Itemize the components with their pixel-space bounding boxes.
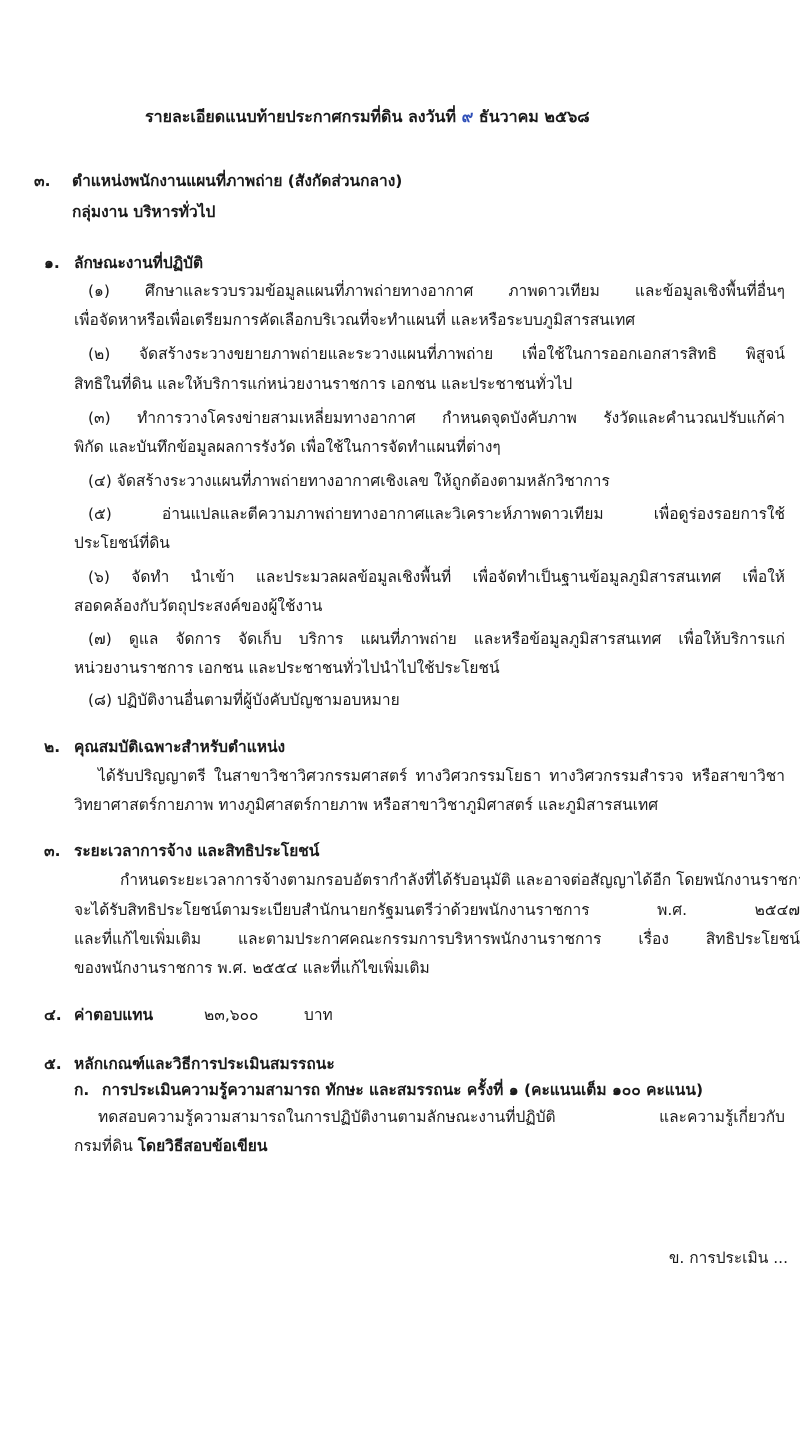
section3-number: ๓.	[44, 840, 74, 862]
section1-title: ลักษณะงานที่ปฏิบัติ	[74, 254, 203, 272]
section1-number: ๑.	[44, 252, 74, 274]
title-month-year: ธันวาคม ๒๕๖๘	[479, 107, 590, 126]
compensation-unit: บาท	[304, 1006, 333, 1024]
s1-line: เพื่อจัดหาหรือเพื่อเตรียมการคัดเลือกบริเ…	[74, 309, 635, 331]
s1-line: (๒) จัดสร้างระวางขยายภาพถ่ายและระวางแผนท…	[88, 343, 785, 365]
sub-a-line2-bold: โดยวิธีสอบข้อเขียน	[138, 1137, 268, 1155]
s1-line: (๑) ศึกษาและรวบรวมข้อมูลแผนที่ภาพถ่ายทาง…	[88, 280, 785, 302]
position-heading: ๓.ตำแหน่งพนักงานแผนที่ภาพถ่าย (สังกัดส่ว…	[34, 170, 402, 192]
s1-line: (๖) จัดทำ นำเข้า และประมวลผลข้อมูลเชิงพื…	[88, 566, 785, 588]
s1-line: สิทธิในที่ดิน และให้บริการแก่หน่วยงานราช…	[74, 373, 572, 395]
continuation-note: ข. การประเมิน ...	[669, 1247, 788, 1269]
position-group: กลุ่มงาน บริหารทั่วไป	[72, 201, 215, 223]
document-title: รายละเอียดแนบท้ายประกาศกรมที่ดิน ลงวันที…	[145, 106, 590, 128]
section1-heading: ๑.ลักษณะงานที่ปฏิบัติ	[44, 252, 203, 274]
section2-title: คุณสมบัติเฉพาะสำหรับตำแหน่ง	[74, 738, 285, 756]
s3-line: และที่แก้ไขเพิ่มเติม และตามประกาศคณะกรรม…	[74, 928, 800, 950]
section2-number: ๒.	[44, 736, 74, 758]
sub-a-line: กรมที่ดิน โดยวิธีสอบข้อเขียน	[74, 1135, 267, 1157]
compensation-amount: ๒๓,๖๐๐	[204, 1004, 304, 1026]
sub-a-title: การประเมินความรู้ความสามารถ ทักษะ และสมร…	[102, 1081, 703, 1099]
s1-line: (๓) ทำการวางโครงข่ายสามเหลี่ยมทางอากาศ ก…	[88, 407, 785, 429]
section4-title: ค่าตอบแทน	[74, 1004, 204, 1026]
section5-number: ๕.	[44, 1053, 74, 1075]
s1-line: (๘) ปฏิบัติงานอื่นตามที่ผู้บังคับบัญชามอ…	[88, 689, 400, 711]
s1-line: พิกัด และบันทึกข้อมูลผลการรังวัด เพื่อใช…	[74, 436, 501, 458]
title-text: รายละเอียดแนบท้ายประกาศกรมที่ดิน ลงวันที…	[145, 107, 456, 126]
section5-title: หลักเกณฑ์และวิธีการประเมินสมรรถนะ	[74, 1055, 335, 1073]
sub-a-heading: ก.การประเมินความรู้ความสามารถ ทักษะ และส…	[74, 1079, 703, 1101]
sub-a-line: ทดสอบความรู้ความสามารถในการปฏิบัติงานตาม…	[98, 1106, 785, 1128]
s2-line: วิทยาศาสตร์กายภาพ ทางภูมิศาสตร์กายภาพ หร…	[74, 794, 658, 816]
section4-row: ๔.ค่าตอบแทน๒๓,๖๐๐บาท	[44, 1004, 333, 1026]
s1-line: (๕) อ่านแปลและตีความภาพถ่ายทางอากาศและวิ…	[88, 503, 785, 525]
s3-line: จะได้รับสิทธิประโยชน์ตามระเบียบสำนักนายก…	[74, 899, 800, 921]
sub-a-label: ก.	[74, 1079, 102, 1101]
section3-title: ระยะเวลาการจ้าง และสิทธิประโยชน์	[74, 842, 319, 860]
section4-number: ๔.	[44, 1004, 74, 1026]
title-day: ๙	[462, 107, 474, 126]
s1-line: ประโยชน์ที่ดิน	[74, 532, 170, 554]
s1-line: สอดคล้องกับวัตถุประสงค์ของผู้ใช้งาน	[74, 595, 322, 617]
s3-line: กำหนดระยะเวลาการจ้างตามกรอบอัตรากำลังที่…	[120, 869, 800, 891]
sub-a-line2-plain: กรมที่ดิน	[74, 1137, 138, 1155]
position-name: ตำแหน่งพนักงานแผนที่ภาพถ่าย (สังกัดส่วนก…	[72, 172, 402, 190]
section3-heading: ๓.ระยะเวลาการจ้าง และสิทธิประโยชน์	[44, 840, 319, 862]
s1-line: (๗) ดูแล จัดการ จัดเก็บ บริการ แผนที่ภาพ…	[88, 628, 785, 650]
position-number: ๓.	[34, 170, 72, 192]
s1-line: (๔) จัดสร้างระวางแผนที่ภาพถ่ายทางอากาศเช…	[88, 470, 610, 492]
s1-line: หน่วยงานราชการ เอกชน และประชาชนทั่วไปนำไ…	[74, 657, 500, 679]
section2-heading: ๒.คุณสมบัติเฉพาะสำหรับตำแหน่ง	[44, 736, 285, 758]
s3-line: ของพนักงานราชการ พ.ศ. ๒๕๕๔ และที่แก้ไขเพ…	[74, 957, 430, 979]
s2-line: ได้รับปริญญาตรี ในสาขาวิชาวิศวกรรมศาสตร์…	[98, 765, 785, 787]
section5-heading: ๕.หลักเกณฑ์และวิธีการประเมินสมรรถนะ	[44, 1053, 335, 1075]
